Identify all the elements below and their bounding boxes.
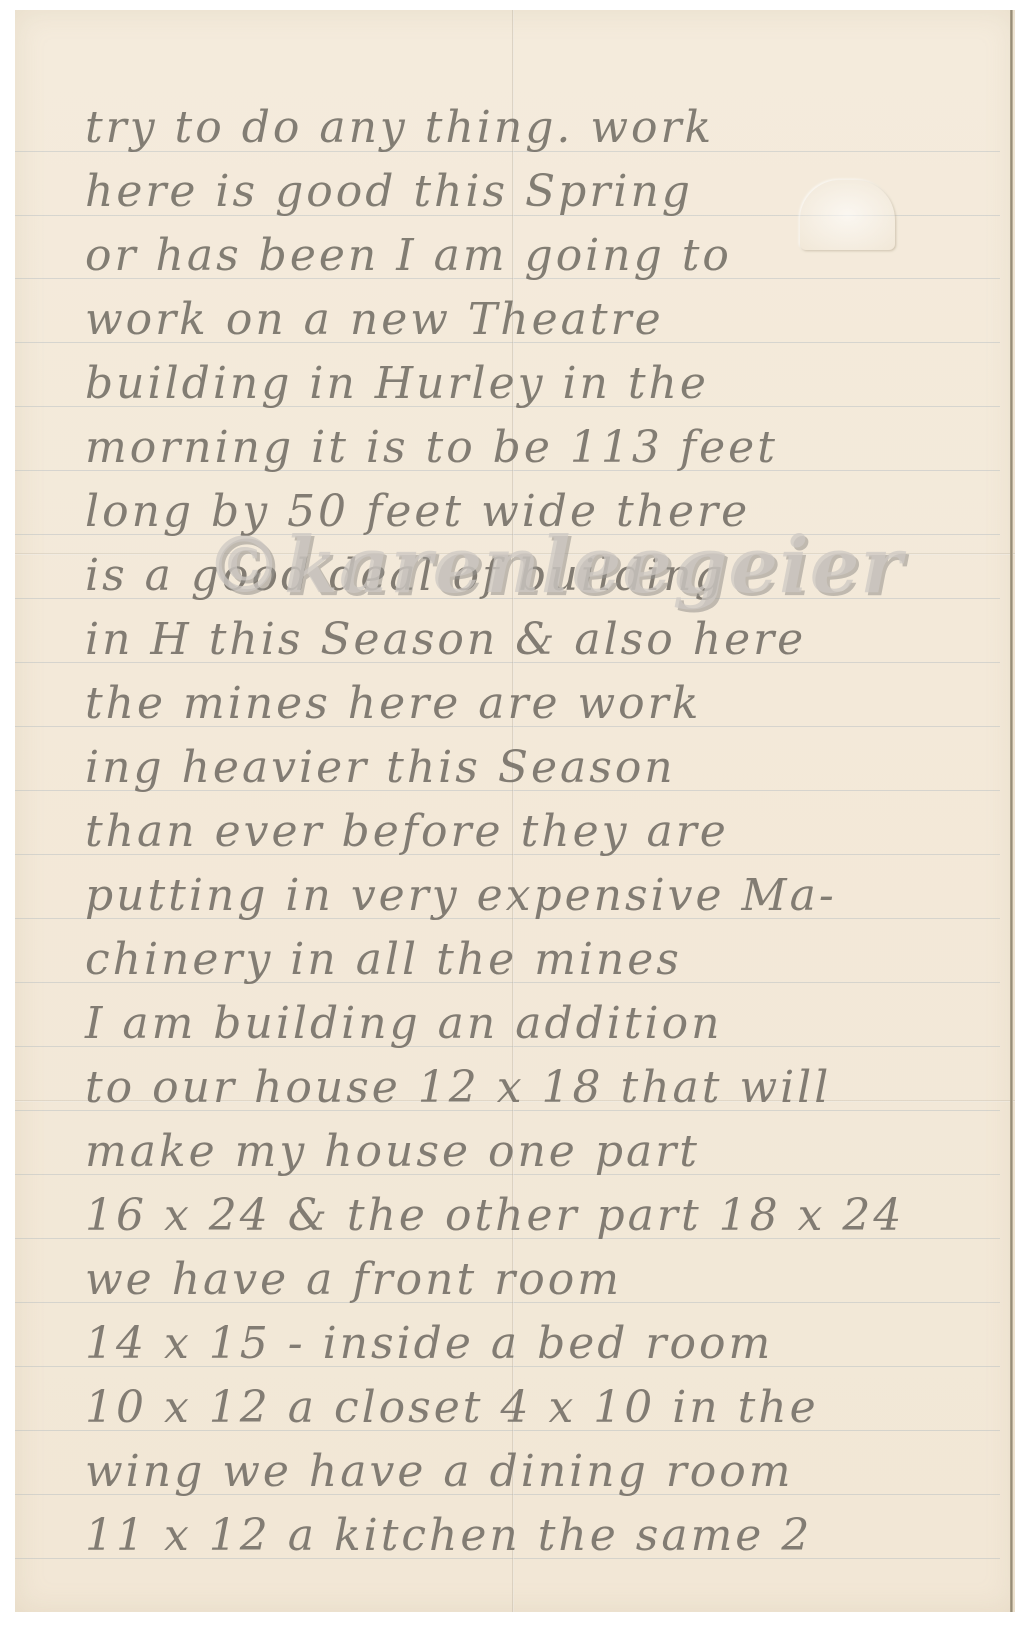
handwritten-line: work on a new Theatre: [85, 294, 664, 345]
handwritten-line: I am building an addition: [85, 998, 722, 1049]
letter-page: try to do any thing. work here is good t…: [15, 10, 1015, 1612]
handwritten-line: in H this Season & also here: [85, 614, 806, 665]
crown-emboss-icon: [800, 180, 895, 250]
handwritten-line: putting in very expensive Ma-: [85, 870, 837, 921]
handwritten-line: wing we have a dining room: [85, 1446, 793, 1497]
handwritten-line: the mines here are work: [85, 678, 701, 729]
handwritten-line: building in Hurley in the: [85, 358, 709, 409]
handwritten-line: 11 x 12 a kitchen the same 2: [85, 1510, 812, 1561]
handwritten-line: ing heavier this Season: [85, 742, 676, 793]
copyright-watermark: ©karenleegeier: [205, 520, 902, 611]
handwritten-line: morning it is to be 113 feet: [85, 422, 778, 473]
handwritten-line: than ever before they are: [85, 806, 729, 857]
handwritten-line: here is good this Spring: [85, 166, 693, 217]
handwritten-line: chinery in all the mines: [85, 934, 682, 985]
handwritten-line: 16 x 24 & the other part 18 x 24: [85, 1190, 904, 1241]
handwritten-line: try to do any thing. work: [85, 102, 714, 153]
handwritten-line: 14 x 15 - inside a bed room: [85, 1318, 773, 1369]
handwritten-line: make my house one part: [85, 1126, 700, 1177]
page-edge: [1010, 10, 1013, 1612]
handwritten-line: we have a front room: [85, 1254, 622, 1305]
handwritten-line: to our house 12 x 18 that will: [85, 1062, 831, 1113]
handwritten-line: 10 x 12 a closet 4 x 10 in the: [85, 1382, 819, 1433]
handwritten-line: or has been I am going to: [85, 230, 732, 281]
